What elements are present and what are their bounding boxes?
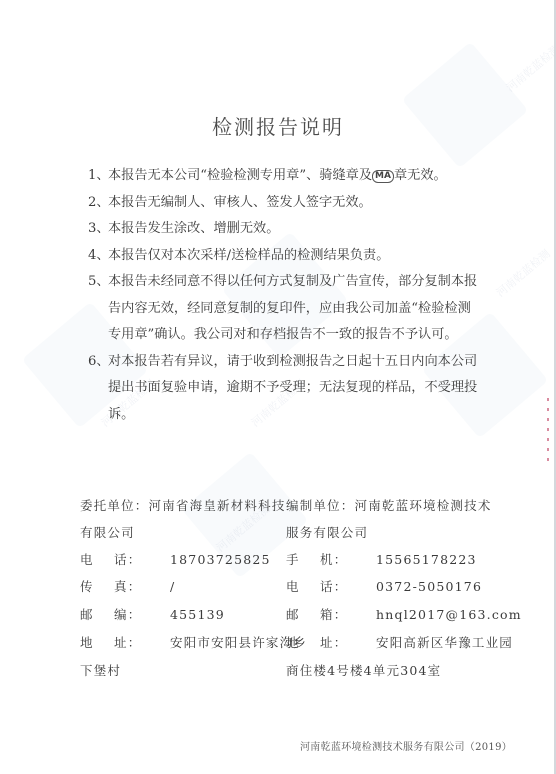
client-address-row: 地址：安阳市安阳县许家沟乡 — [80, 633, 307, 651]
cma-logo-icon: MA — [372, 170, 394, 183]
client-unit-value-cont: 有限公司 — [80, 525, 135, 540]
note-number: 1、 — [88, 163, 110, 190]
label-char: 地 — [286, 633, 320, 651]
compiler-unit-value-cont: 服务有限公司 — [286, 525, 368, 540]
watermark-text: 河南乾蓝检测 — [503, 41, 556, 96]
compiler-email-value: hnql2017@163.com — [376, 607, 522, 622]
label-char: 邮 — [80, 605, 114, 623]
label-char: 话： — [114, 552, 141, 567]
compiler-unit-row: 编制单位：河南乾蓝环境检测技术 — [286, 496, 492, 514]
report-page: 河南乾蓝检测 河南乾蓝检测 河南乾蓝检测 河南乾蓝检测 河南乾蓝检测 检测报告说… — [0, 0, 556, 774]
watermark-shape — [402, 42, 529, 169]
client-unit-label: 委托单位： — [80, 498, 149, 513]
client-postcode-value: 455139 — [170, 607, 225, 622]
label-char: 编： — [114, 607, 141, 622]
note-number: 5、 — [88, 269, 110, 296]
client-phone-value: 18703725825 — [170, 552, 271, 567]
note-text: 本报告发生涂改、增删无效。 — [108, 221, 279, 236]
compiler-address-value-cont: 商住楼4号楼4单元304室 — [286, 663, 441, 678]
client-unit-row: 委托单位：河南省海皇新材料科技 — [80, 496, 286, 514]
note-text: 本报告未经同意不得以任何方式复制及广告宣传，部分复制本报 — [108, 269, 508, 296]
compiler-unit-value: 河南乾蓝环境检测技术 — [355, 498, 492, 513]
binding-edge-marks — [547, 398, 550, 468]
note-number: 2、 — [88, 190, 110, 217]
note-item-1: 1、 本报告无本公司“检验检测专用章”、骑缝章及MA章无效。 — [88, 163, 508, 190]
label-char: 电 — [286, 577, 320, 595]
client-phone-row: 电话：18703725825 — [80, 550, 271, 568]
label-char: 箱： — [320, 607, 347, 622]
compiler-address-row: 地址：安阳高新区华豫工业园 — [286, 633, 513, 651]
label-char: 话： — [320, 579, 347, 594]
note-item-4: 4、 本报告仅对本次采样/送检样品的检测结果负责。 — [88, 243, 508, 270]
client-address-row-cont: 下堡村 — [80, 661, 121, 679]
label-char: 址： — [114, 635, 141, 650]
compiler-email-row: 邮箱：hnql2017@163.com — [286, 605, 522, 623]
label-char: 址： — [320, 635, 347, 650]
compiler-mobile-value: 15565178223 — [376, 552, 477, 567]
note-text: 诉。 — [108, 402, 508, 429]
compiler-phone-row: 电话：0372-5050176 — [286, 577, 482, 595]
note-text: 专用章”确认。我公司对和存档报告不一致的报告不予认可。 — [108, 322, 508, 349]
client-fax-row: 传真：/ — [80, 577, 175, 595]
note-text: 提出书面复验申请，逾期不予受理；无法复现的样品，不受理投 — [108, 375, 508, 402]
label-char: 传 — [80, 577, 114, 595]
note-number: 4、 — [88, 243, 110, 270]
note-number: 3、 — [88, 216, 110, 243]
compiler-mobile-row: 手机：15565178223 — [286, 550, 477, 568]
note-item-5: 5、 本报告未经同意不得以任何方式复制及广告宣传，部分复制本报 告内容无效，经同… — [88, 269, 508, 349]
label-char: 地 — [80, 633, 114, 651]
compiler-phone-value: 0372-5050176 — [376, 579, 482, 594]
note-text: 对本报告若有异议，请于收到检测报告之日起十五日内向本公司 — [108, 349, 508, 376]
note-text: 本报告无本公司“检验检测专用章”、骑缝章及 — [108, 168, 372, 183]
compiler-address-row-cont: 商住楼4号楼4单元304室 — [286, 661, 441, 679]
label-char: 真： — [114, 579, 141, 594]
note-text: 本报告仅对本次采样/送检样品的检测结果负责。 — [108, 248, 389, 263]
compiler-unit-row-cont: 服务有限公司 — [286, 523, 368, 541]
compiler-address-value: 安阳高新区华豫工业园 — [376, 635, 513, 650]
note-text: 本报告无编制人、审核人、签发人签字无效。 — [108, 195, 372, 210]
compiler-unit-label: 编制单位： — [286, 498, 355, 513]
client-address-value-cont: 下堡村 — [80, 663, 121, 678]
note-text: 章无效。 — [394, 168, 447, 183]
client-unit-value: 河南省海皇新材料科技 — [149, 498, 286, 513]
client-postcode-row: 邮编：455139 — [80, 605, 225, 623]
label-char: 手 — [286, 550, 320, 568]
label-char: 机： — [320, 552, 347, 567]
note-number: 6、 — [88, 349, 110, 376]
label-char: 邮 — [286, 605, 320, 623]
client-fax-value: / — [170, 579, 175, 594]
note-item-3: 3、 本报告发生涂改、增删无效。 — [88, 216, 508, 243]
label-char: 电 — [80, 550, 114, 568]
client-unit-row-cont: 有限公司 — [80, 523, 135, 541]
note-item-6: 6、 对本报告若有异议，请于收到检测报告之日起十五日内向本公司 提出书面复验申请… — [88, 349, 508, 429]
page-footer: 河南乾蓝环境检测技术服务有限公司（2019） — [300, 738, 512, 753]
notes-list: 1、 本报告无本公司“检验检测专用章”、骑缝章及MA章无效。 2、 本报告无编制… — [88, 163, 508, 428]
page-title: 检测报告说明 — [0, 111, 556, 140]
note-item-2: 2、 本报告无编制人、审核人、签发人签字无效。 — [88, 190, 508, 217]
note-text: 告内容无效，经同意复制的复印件，应由我公司加盖“检验检测 — [108, 296, 508, 323]
